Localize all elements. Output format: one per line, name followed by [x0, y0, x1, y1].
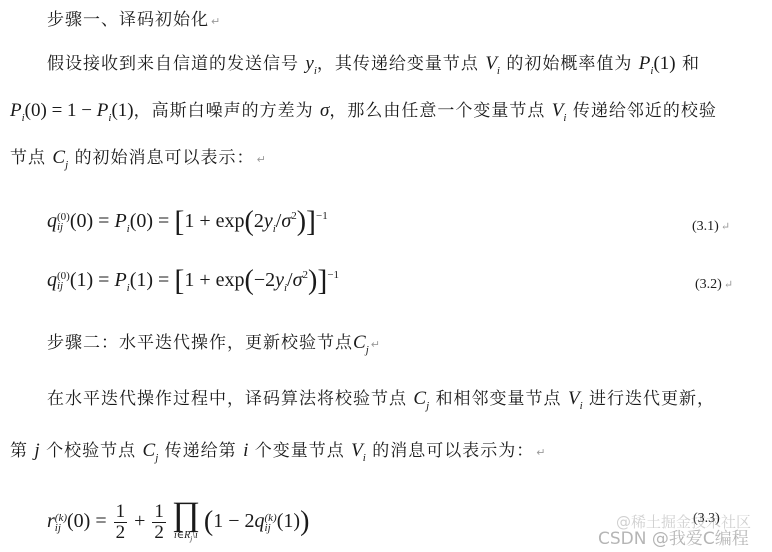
- text-span: 节点: [10, 148, 46, 168]
- text-span: ，那么由任意一个变量节点: [329, 101, 545, 121]
- para2-line2: 第 j 个校验节点 Cj 传递给第 i 个变量节点 Vi 的消息可以表示为：↵: [10, 440, 545, 469]
- paragraph-mark-icon: ↵: [257, 153, 266, 166]
- math-V-i: Vi: [351, 440, 366, 461]
- text-span: 个变量节点: [255, 441, 345, 461]
- fraction-half: 12: [152, 502, 166, 543]
- math-P0-equation: Pi(0) = 1 − Pi(1): [10, 100, 134, 121]
- math-V-i: Vi: [485, 53, 500, 74]
- para1-line3: 节点 Cj 的初始消息可以表示：↵: [10, 147, 266, 176]
- math-C-j: Cj: [52, 147, 68, 168]
- math-i: i: [243, 440, 248, 461]
- math-C-j: Cj: [143, 440, 159, 461]
- text-span: 第: [10, 441, 28, 461]
- text-span: 的初始概率值为: [506, 54, 632, 74]
- paragraph-mark-icon: ↵: [724, 279, 733, 291]
- text-span: 的消息可以表示为：: [372, 441, 534, 461]
- text-span: 和相邻变量节点: [436, 389, 562, 409]
- step2-heading: 步骤二：水平迭代操作，更新校验节点Cj↵: [47, 332, 380, 361]
- equation-number-3-1: (3.1)↵: [692, 219, 730, 235]
- text-span: 个校验节点: [46, 441, 136, 461]
- text-span: 传递给邻近的校验: [573, 101, 717, 121]
- para1-line1: 假设接收到来自信道的发送信号 yi，其传递给变量节点 Vi 的初始概率值为 Pi…: [47, 53, 700, 82]
- equation-3-3: r(k)ij(0) = 12 + 12∏i∈Rj\i(1 − 2q(k)ij(1…: [47, 500, 309, 545]
- fraction-half: 12: [114, 502, 128, 543]
- math-j: j: [34, 440, 39, 461]
- math-C-j: Cj: [353, 332, 369, 353]
- equation-3-2: q(0)ij(1) = Pi(1) = [1 + exp(−2yi/σ2)]−1: [47, 264, 339, 298]
- step2-heading-text: 步骤二：水平迭代操作，更新校验节点: [47, 333, 353, 353]
- step1-heading: 步骤一、译码初始化↵: [47, 9, 220, 33]
- math-P-i-1: Pi(1): [639, 53, 676, 74]
- text-span: ，高斯白噪声的方差为: [134, 101, 314, 121]
- text-span: 和: [682, 54, 700, 74]
- step1-heading-text: 步骤一、译码初始化: [47, 10, 209, 30]
- product-operator: ∏i∈Rj\i: [172, 500, 200, 545]
- para2-line1: 在水平迭代操作过程中，译码算法将校验节点 Cj 和相邻变量节点 Vi 进行迭代更…: [47, 388, 715, 417]
- paragraph-mark-icon: ↵: [371, 338, 380, 351]
- math-y-i: yi: [305, 53, 317, 74]
- para1-line2: Pi(0) = 1 − Pi(1)，高斯白噪声的方差为 σ，那么由任意一个变量节…: [10, 100, 717, 129]
- paragraph-mark-icon: ↵: [536, 446, 545, 459]
- text-span: 的初始消息可以表示：: [75, 148, 255, 168]
- text-span: 假设接收到来自信道的发送信号: [47, 54, 299, 74]
- paragraph-mark-icon: ↵: [721, 221, 730, 233]
- math-sigma: σ: [320, 100, 329, 121]
- math-C-j: Cj: [413, 388, 429, 409]
- math-V-i: Vi: [552, 100, 567, 121]
- text-span: ，其传递给变量节点: [317, 54, 479, 74]
- equation-number-3-2: (3.2)↵: [695, 277, 733, 293]
- text-span: 传递给第: [165, 441, 237, 461]
- math-V-i: Vi: [568, 388, 583, 409]
- paragraph-mark-icon: ↵: [211, 15, 220, 28]
- text-span: 在水平迭代操作过程中，译码算法将校验节点: [47, 389, 407, 409]
- equation-3-1: q(0)ij(0) = Pi(0) = [1 + exp(2yi/σ2)]−1: [47, 205, 328, 239]
- watermark-csdn: CSDN @我爱C编程: [598, 524, 749, 549]
- text-span: 进行迭代更新，: [589, 389, 715, 409]
